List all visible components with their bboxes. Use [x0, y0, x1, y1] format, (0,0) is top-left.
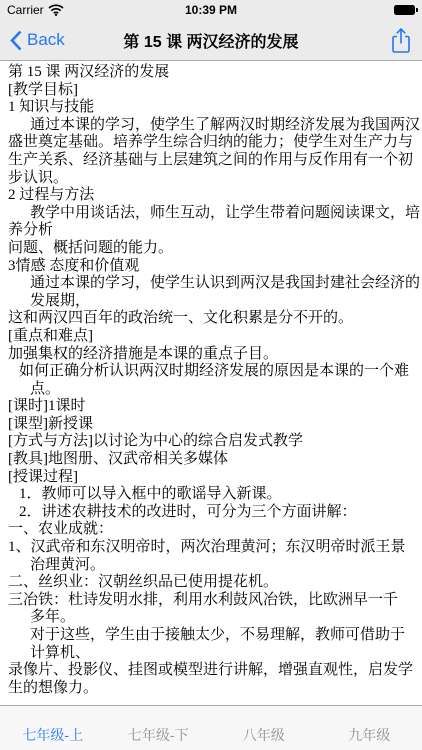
battery-icon [394, 5, 415, 15]
document-line: [重点和难点] [8, 328, 414, 346]
back-button[interactable]: Back [10, 30, 65, 51]
document-line: 第 15 课 两汉经济的发展 [8, 64, 414, 82]
status-bar: Carrier 10:39 PM [0, 0, 422, 20]
document-line: 1、汉武帝和东汉明帝时，两次治理黄河；东汉明帝时派王景 [8, 539, 414, 557]
document-line: [教具]地图册、汉武帝相关多媒体 [8, 451, 414, 469]
document-line: 步认识。 [8, 170, 414, 188]
screen: Carrier 10:39 PM Back 第 15 课 两汉经济的发展 [0, 0, 422, 750]
document-line: 2．讲述农耕技术的改进时，可分为三个方面讲解： [8, 504, 414, 522]
back-button-label: Back [27, 30, 65, 50]
document-line: 多年。 [8, 609, 414, 627]
document-line: [教学目标] [8, 82, 414, 100]
tab-grade7-vol1[interactable]: 七年级-上 [0, 706, 106, 750]
status-left: Carrier [7, 3, 64, 17]
wifi-icon [48, 4, 64, 16]
document-line: 通过本课的学习，使学生了解两汉时期经济发展为我国两汉 [8, 117, 414, 135]
document-line: 1 知识与技能 [8, 99, 414, 117]
document-line: [课时]1课时 [8, 398, 414, 416]
document-line: 如何正确分析认识两汉时期经济发展的原因是本课的一个难 [8, 363, 414, 381]
document-line: [授课过程] [8, 469, 414, 487]
share-button[interactable] [390, 27, 412, 54]
tab-bar: 七年级-上七年级-下八年级九年级 [0, 705, 422, 750]
document-line: 生产关系、经济基础与上层建筑之间的作用与反作用有一个初 [8, 152, 414, 170]
document-line: 发展期， [8, 293, 414, 311]
document-line: 问题、概括问题的能力。 [8, 240, 414, 258]
document-line: 1．教师可以导入框中的歌谣导入新课。 [8, 486, 414, 504]
document-line: 这和两汉四百年的政治统一、文化积累是分不开的。 [8, 310, 414, 328]
tab-grade8[interactable]: 八年级 [211, 706, 317, 750]
document-line: 生的想像力。 [8, 680, 414, 698]
document-line: 二、丝织业：汉朝丝织品已使用提花机。 [8, 574, 414, 592]
document-line: 3情感 态度和价值观 [8, 258, 414, 276]
share-icon [390, 27, 412, 54]
document-line: 录像片、投影仪、挂图或模型进行讲解，增强直观性，启发学 [8, 662, 414, 680]
document-line: 通过本课的学习，使学生认识到两汉是我国封建社会经济的 [8, 275, 414, 293]
document-line: 加强集权的经济措施是本课的重点子目。 [8, 346, 414, 364]
navigation-bar: Back 第 15 课 两汉经济的发展 [0, 20, 422, 61]
tab-grade7-vol2[interactable]: 七年级-下 [106, 706, 212, 750]
document-line: 点。 [8, 381, 414, 399]
document-content[interactable]: 第 15 课 两汉经济的发展[教学目标]1 知识与技能通过本课的学习，使学生了解… [0, 61, 422, 704]
status-right [394, 5, 415, 15]
document-line: [课型]新授课 [8, 416, 414, 434]
document-line: 三冶铁：杜诗发明水排，利用水利鼓风冶铁，比欧洲早一千 [8, 592, 414, 610]
back-chevron-icon [10, 30, 22, 51]
document-line: 对于这些，学生由于接触太少，不易理解，教师可借助于 [8, 627, 414, 645]
document-line: 教学中用谈话法，师生互动，让学生带着问题阅读课文，培 [8, 205, 414, 223]
carrier-label: Carrier [7, 3, 44, 17]
tab-grade9[interactable]: 九年级 [317, 706, 422, 750]
document-line: 计算机、 [8, 645, 414, 663]
document-line: 2 过程与方法 [8, 187, 414, 205]
document-line: 盛世奠定基础。培养学生综合归纳的能力；使学生对生产力与 [8, 134, 414, 152]
document-line: 养分析 [8, 222, 414, 240]
document-line: 治理黄河。 [8, 557, 414, 575]
document-line: 一、农业成就： [8, 521, 414, 539]
document-line: [方式与方法]以讨论为中心的综合启发式教学 [8, 433, 414, 451]
